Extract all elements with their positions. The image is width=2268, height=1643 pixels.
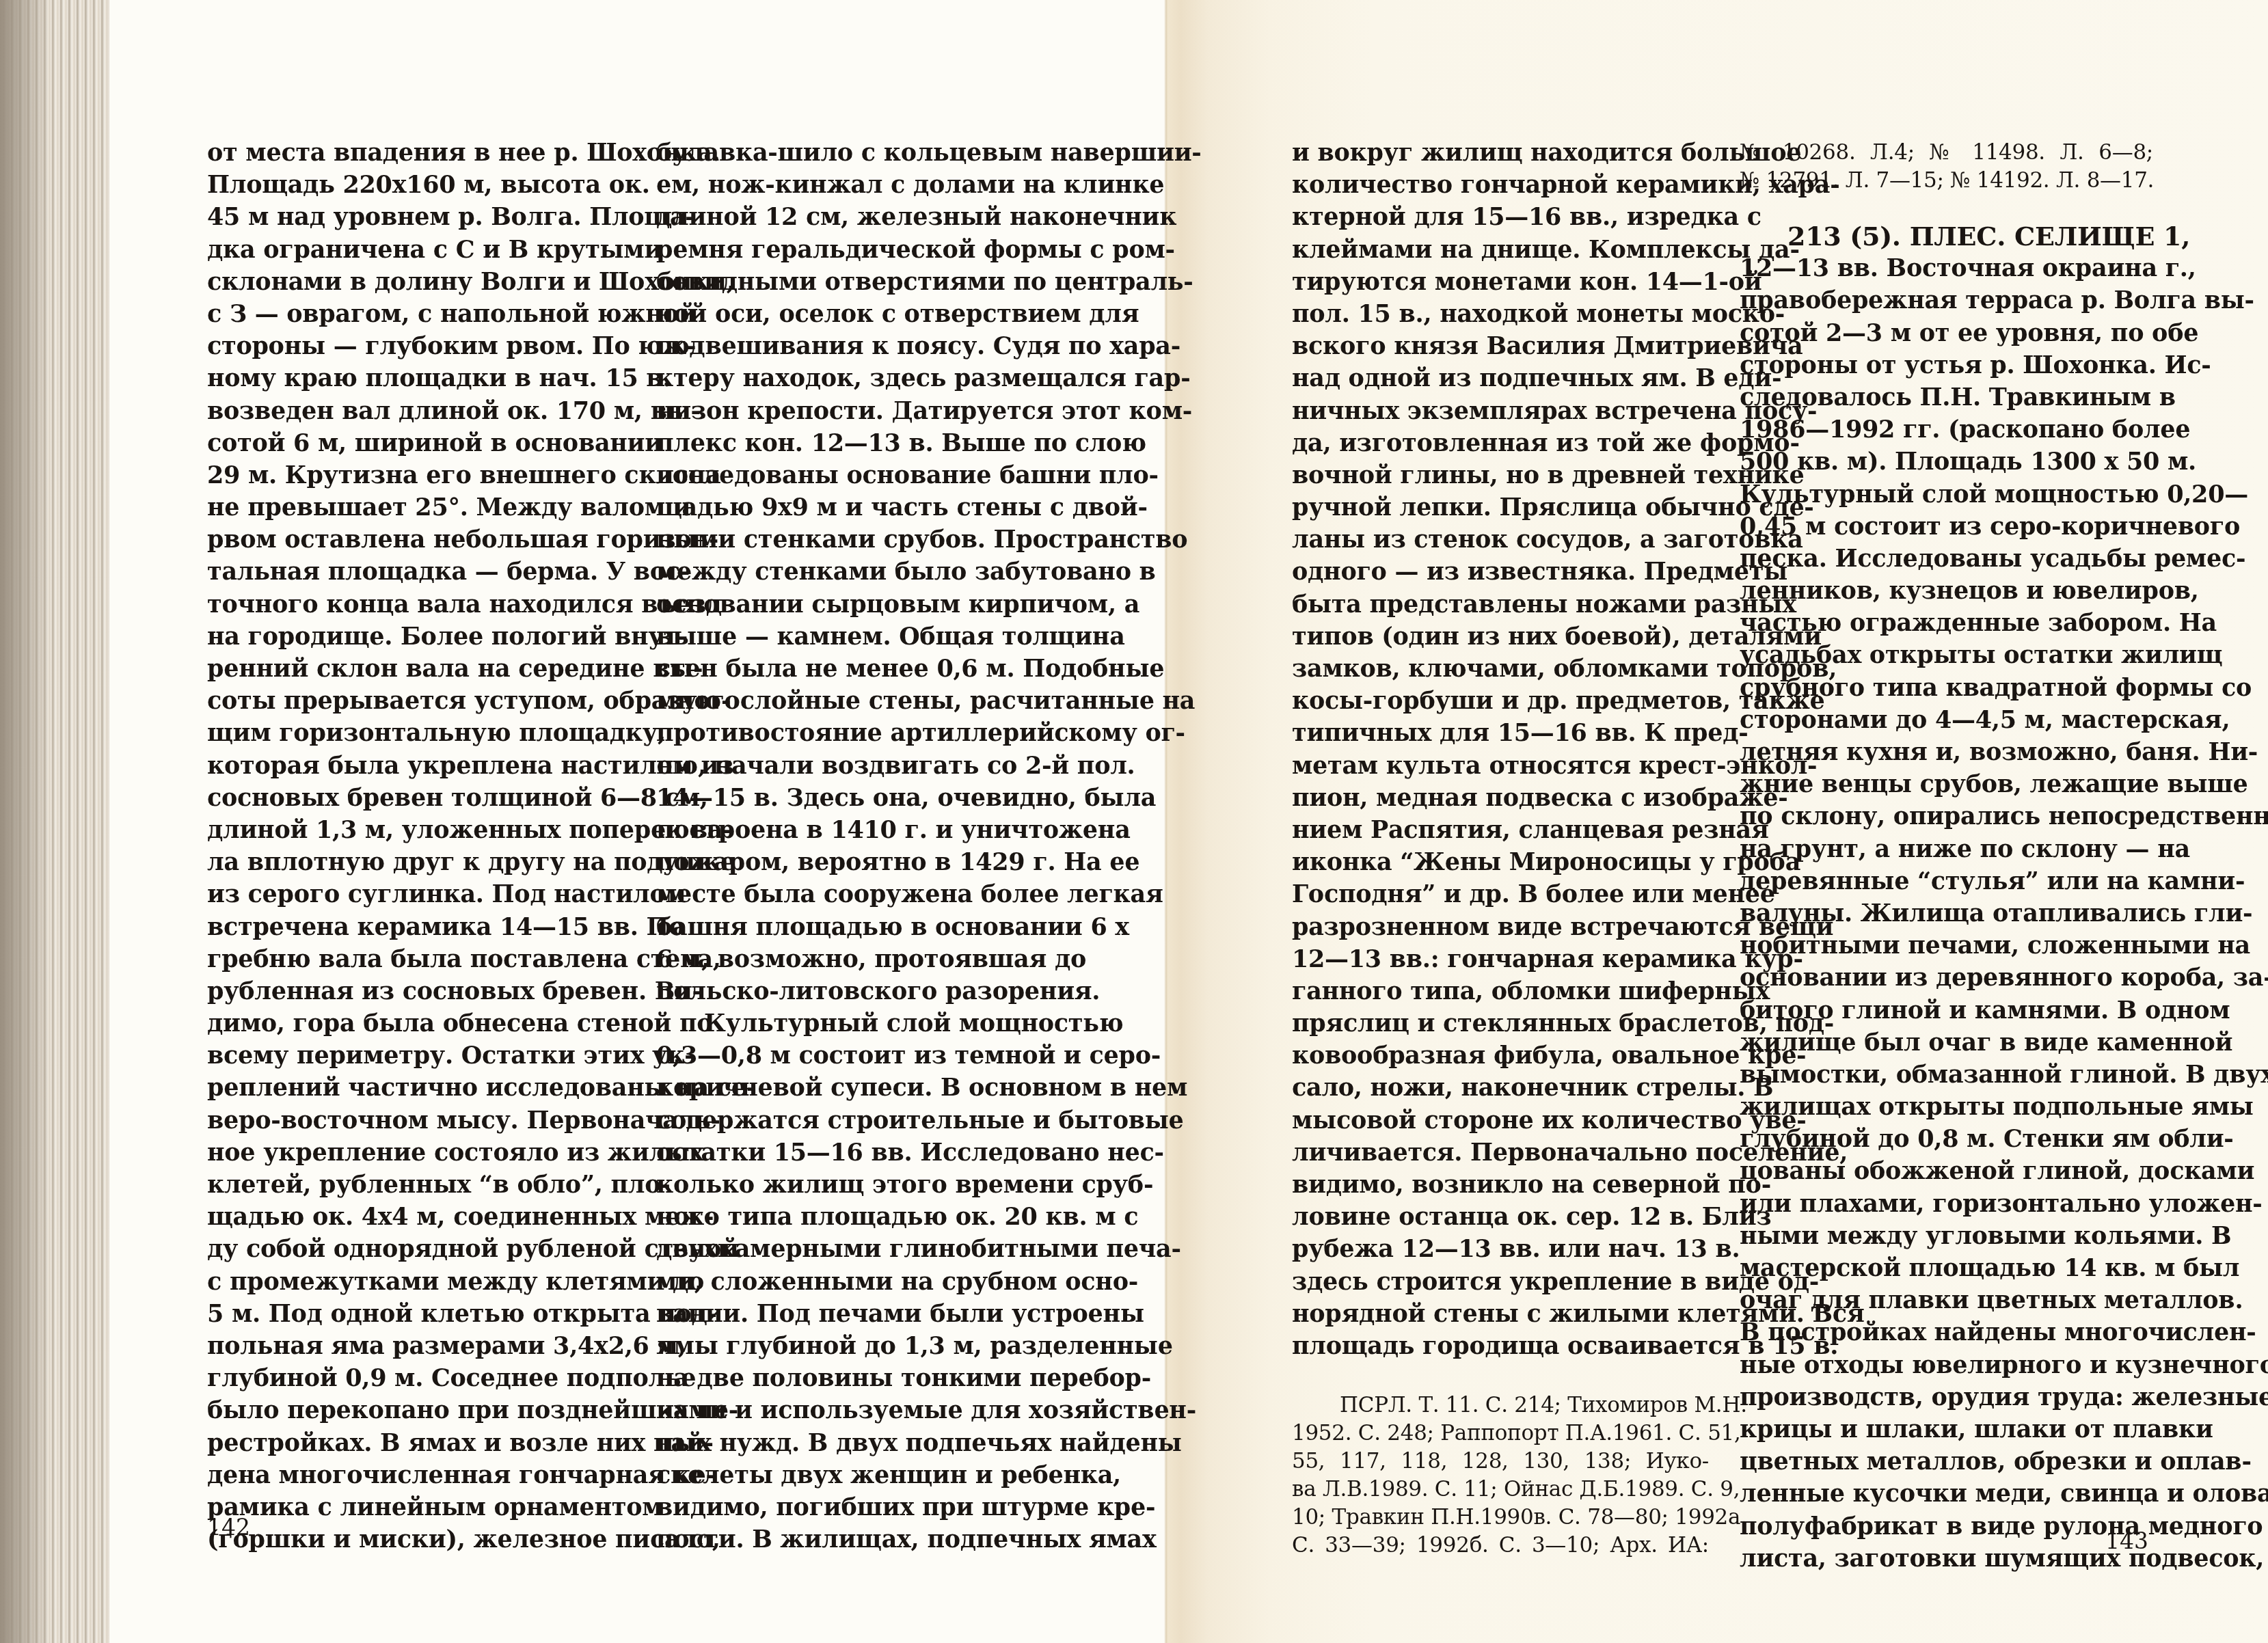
text-line: рестройках. В ямах и возле них най- xyxy=(207,1427,624,1459)
text-line: всему периметру. Остатки этих ук- xyxy=(207,1040,624,1072)
text-line: с промежутками между клетями до xyxy=(207,1266,624,1298)
text-line: щим горизонтальную площадку, xyxy=(207,717,624,749)
text-line: цованы обожженой глиной, досками xyxy=(1740,1155,2153,1187)
text-line: Господня” и др. В более или менее xyxy=(1292,878,1709,910)
text-line: колько жилищ этого времени сруб- xyxy=(656,1169,1073,1201)
text-line: ной оси, оселок с отверствием для xyxy=(656,298,1073,330)
text-line: Культурный слой мощностью xyxy=(656,1007,1073,1040)
spacer xyxy=(1292,1362,1709,1389)
text-line: жилищах открыты подпольные ямы xyxy=(1740,1091,2153,1123)
text-line: бовидными отверстиями по централь- xyxy=(656,266,1073,298)
text-line: ганного типа, обломки шиферных xyxy=(1292,975,1709,1007)
text-line: правобережная терраса р. Волга вы- xyxy=(1740,284,2153,316)
text-line: было перекопано при позднейших пе- xyxy=(207,1394,624,1426)
left-page-column-2: булавка-шило с кольцевым навершии-ем, но… xyxy=(656,137,1073,1556)
text-line: площадь городища осваивается в 15 в. xyxy=(1292,1330,1709,1362)
text-line: ничных экземплярах встречена посу- xyxy=(1292,395,1709,427)
text-line: иконка “Жены Мироносицы у гроба xyxy=(1292,846,1709,878)
text-line: ками и используемые для хозяйствен- xyxy=(656,1394,1073,1426)
text-line: соты прерывается уступом, образую- xyxy=(207,685,624,717)
text-line: с З — оврагом, с напольной южной xyxy=(207,298,624,330)
text-line: коричневой супеси. В основном в нем xyxy=(656,1072,1073,1104)
text-line: В постройках найдены многочислен- xyxy=(1740,1316,2153,1348)
text-line: ктерной для 15—16 вв., изредка с xyxy=(1292,201,1709,233)
text-line: разрозненном виде встречаются вещи xyxy=(1292,911,1709,943)
page-stack-edge xyxy=(0,0,109,1643)
text-line: клеймами на днище. Комплексы да- xyxy=(1292,234,1709,266)
text-line: исследованы основание башни пло- xyxy=(656,459,1073,491)
text-line: вочной глины, но в древней технике xyxy=(1292,459,1709,491)
text-line: ренний склон вала на середине вы- xyxy=(207,653,624,685)
text-line: (горшки и миски), железное писало, xyxy=(207,1523,624,1556)
text-line: одного — из известняка. Предметы xyxy=(1292,556,1709,588)
text-line: многослойные стены, расчитанные на xyxy=(656,685,1073,717)
text-line: по склону, опирались непосредственно xyxy=(1740,800,2153,832)
text-line: ми, сложенными на срубном осно- xyxy=(656,1266,1073,1298)
text-line: сотой 2—3 м от ее уровня, по обе xyxy=(1740,317,2153,349)
text-line: ными между угловыми кольями. В xyxy=(1740,1220,2153,1252)
right-page-column-1: и вокруг жилищ находится большоеколичест… xyxy=(1292,137,1709,1558)
text-line: следовалось П.Н. Травкиным в xyxy=(1740,381,2153,413)
text-line: косы-горбуши и др. предметов, также xyxy=(1292,685,1709,717)
text-line: количество гончарной керамики, хара- xyxy=(1292,169,1709,201)
text-line: длиной 12 см, железный наконечник xyxy=(656,201,1073,233)
left-page-column-1: от места впадения в нее р. Шохонка.Площа… xyxy=(207,137,624,1556)
text-line: да, изготовленная из той же формо- xyxy=(1292,427,1709,459)
text-line: 12—13 вв. Восточная окраина г., xyxy=(1740,252,2153,284)
text-line: ямы глубиной до 1,3 м, разделенные xyxy=(656,1330,1073,1362)
text-line: жилище был очаг в виде каменной xyxy=(1740,1027,2153,1059)
text-line: 45 м над уровнем р. Волга. Площа- xyxy=(207,201,624,233)
text-line: частью огражденные забором. На xyxy=(1740,607,2153,639)
reference-line: ва Л.В.1989. С. 11; Ойнас Д.Б.1989. С. 9… xyxy=(1292,1474,1709,1502)
text-line: рвом оставлена небольшая горизон- xyxy=(207,524,624,556)
text-line: стороны — глубоким рвом. По юж- xyxy=(207,330,624,362)
text-line: ные отходы ювелирного и кузнечного xyxy=(1740,1349,2153,1381)
text-line: 1986—1992 гг. (раскопано более xyxy=(1740,413,2153,446)
text-line: летняя кухня и, возможно, баня. Ни- xyxy=(1740,736,2153,768)
text-line: битого глиной и камнями. В одном xyxy=(1740,994,2153,1027)
text-line: валуны. Жилища отапливались гли- xyxy=(1740,897,2153,929)
reference-line: 55, 117, 118, 128, 130, 138; Иуко- xyxy=(1292,1445,1709,1474)
text-line: пол. 15 в., находкой монеты моско- xyxy=(1292,298,1709,330)
text-line: 6 м, возможно, протоявшая до xyxy=(656,943,1073,975)
text-line: ктеру находок, здесь размещался гар- xyxy=(656,362,1073,394)
text-line: быта представлены ножами разных xyxy=(1292,588,1709,621)
text-line: ленников, кузнецов и ювелиров, xyxy=(1740,575,2153,607)
text-line: ных нужд. В двух подпечьях найдены xyxy=(656,1427,1073,1459)
text-line: 0,3—0,8 м состоит из темной и серо- xyxy=(656,1040,1073,1072)
text-line: скелеты двух женщин и ребенка, xyxy=(656,1459,1073,1491)
reference-line: 10; Травкин П.Н.1990в. С. 78—80; 1992а. xyxy=(1292,1502,1709,1530)
text-line: стороны от устья р. Шохонка. Ис- xyxy=(1740,349,2153,381)
text-line: пости. В жилищах, подпечных ямах xyxy=(656,1523,1073,1556)
text-line: выше — камнем. Общая толщина xyxy=(656,621,1073,653)
text-line: гребню вала была поставлена стена, xyxy=(207,943,624,975)
text-line: и вокруг жилищ находится большое xyxy=(1292,137,1709,169)
text-line: плекс кон. 12—13 в. Выше по слою xyxy=(656,427,1073,459)
spacer xyxy=(1740,193,2153,220)
reference-line: С. 33—39; 1992б. С. 3—10; Арх. ИА: xyxy=(1292,1530,1709,1558)
bibliography-references-cont: № 10268. Л.4; № 11498. Л. 6—8;№ 12791. Л… xyxy=(1740,137,2153,193)
text-line: над одной из подпечных ям. В еди- xyxy=(1292,362,1709,394)
text-line: на грунт, а ниже по склону — на xyxy=(1740,833,2153,865)
text-line: сторонами до 4—4,5 м, мастерская, xyxy=(1740,704,2153,736)
text-line: встречена керамика 14—15 вв. По xyxy=(207,911,624,943)
text-line: содержатся строительные и бытовые xyxy=(656,1104,1073,1137)
text-line: пряслиц и стеклянных браслетов, под- xyxy=(1292,1007,1709,1040)
text-line: норядной стены с жилыми клетями. Вся xyxy=(1292,1298,1709,1330)
text-line: пион, медная подвеска с изображе- xyxy=(1292,782,1709,814)
text-line: типов (один из них боевой), деталями xyxy=(1292,621,1709,653)
text-line: ремня геральдической формы с ром- xyxy=(656,234,1073,266)
text-line: длиной 1,3 м, уложенных поперек ва- xyxy=(207,814,624,846)
text-line: тируются монетами кон. 14—1-ой xyxy=(1292,266,1709,298)
text-line: цветных металлов, обрезки и оплав- xyxy=(1740,1445,2153,1478)
text-line: 14—15 в. Здесь она, очевидно, была xyxy=(656,782,1073,814)
text-line: склонами в долину Волги и Шохонки, xyxy=(207,266,624,298)
text-line: ню, начали воздвигать со 2-й пол. xyxy=(656,750,1073,782)
text-line: ду собой однорядной рубленой стеной xyxy=(207,1233,624,1265)
text-line: вании. Под печами были устроены xyxy=(656,1298,1073,1330)
text-line: месте была сооружена более легкая xyxy=(656,878,1073,910)
text-line: не превышает 25°. Между валом и xyxy=(207,491,624,524)
text-line: метам культа относятся крест-энкол- xyxy=(1292,750,1709,782)
text-line: 500 кв. м). Площадь 1300 х 50 м. xyxy=(1740,446,2153,478)
text-line: низон крепости. Датируется этот ком- xyxy=(656,395,1073,427)
reference-line: ПСРЛ. Т. 11. С. 214; Тихомиров М.Н. xyxy=(1292,1389,1709,1417)
text-line: на две половины тонкими перебор- xyxy=(656,1362,1073,1394)
text-line: ного типа площадью ок. 20 кв. м с xyxy=(656,1201,1073,1233)
text-line: здесь строится укрепление в виде од- xyxy=(1292,1266,1709,1298)
text-line: Площадь 220х160 м, высота ок. xyxy=(207,169,624,201)
text-line: очаг для плавки цветных металлов. xyxy=(1740,1284,2153,1316)
text-line: дка ограничена с С и В крутыми xyxy=(207,234,624,266)
page-number-left: 142 xyxy=(207,1514,250,1540)
text-line: ленные кусочки меди, свинца и олова, xyxy=(1740,1478,2153,1510)
text-line: усадьбах открыты остатки жилищ xyxy=(1740,639,2153,671)
text-line: 29 м. Крутизна его внешнего склона xyxy=(207,459,624,491)
text-line: ем, нож-кинжал с долами на клинке xyxy=(656,169,1073,201)
text-line: точного конца вала находился въезд xyxy=(207,588,624,621)
text-line: песка. Исследованы усадьбы ремес- xyxy=(1740,543,2153,575)
text-line: основании сырцовым кирпичом, а xyxy=(656,588,1073,621)
reference-line: № 10268. Л.4; № 11498. Л. 6—8; xyxy=(1740,137,2153,165)
text-line: между стенками было забутовано в xyxy=(656,556,1073,588)
page-number-right: 143 xyxy=(2105,1527,2148,1554)
text-line: нобитными печами, сложенными на xyxy=(1740,929,2153,962)
bibliography-references: ПСРЛ. Т. 11. С. 214; Тихомиров М.Н.1952.… xyxy=(1292,1389,1709,1558)
text-line: щадью 9х9 м и часть стены с двой- xyxy=(656,491,1073,524)
text-line: стен была не менее 0,6 м. Подобные xyxy=(656,653,1073,685)
reference-line: № 12791. Л. 7—15; № 14192. Л. 8—17. xyxy=(1740,165,2153,193)
text-line: вского князя Василия Дмитриевича xyxy=(1292,330,1709,362)
text-line: ное укрепление состояло из жилых xyxy=(207,1137,624,1169)
text-line: личивается. Первоначально поселение, xyxy=(1292,1137,1709,1169)
text-line: 5 м. Под одной клетью открыта под- xyxy=(207,1298,624,1330)
text-line: основании из деревянного короба, за- xyxy=(1740,962,2153,994)
text-line: из серого суглинка. Под настилом xyxy=(207,878,624,910)
text-line: клетей, рубленных “в обло”, пло- xyxy=(207,1169,624,1201)
text-line: тальная площадка — берма. У вос- xyxy=(207,556,624,588)
text-line: ковообразная фибула, овальное кре- xyxy=(1292,1040,1709,1072)
text-line: сало, ножи, наконечник стрелы. В xyxy=(1292,1072,1709,1104)
text-line: польная яма размерами 3,4х2,6 м, xyxy=(207,1330,624,1362)
text-line: видимо, погибших при штурме кре- xyxy=(656,1491,1073,1523)
text-line: рамика с линейным орнаментом xyxy=(207,1491,624,1523)
text-line: мысовой стороне их количество уве- xyxy=(1292,1104,1709,1137)
text-line: видимо, возникло на северной по- xyxy=(1292,1169,1709,1201)
text-line: возведен вал длиной ок. 170 м, вы- xyxy=(207,395,624,427)
text-line: деревянные “стулья” или на камни- xyxy=(1740,865,2153,897)
text-line: 12—13 вв.: гончарная керамика кур- xyxy=(1292,943,1709,975)
text-line: глубиной 0,9 м. Соседнее подполье xyxy=(207,1362,624,1394)
text-line: мастерской площадью 14 кв. м был xyxy=(1740,1252,2153,1284)
text-line: ланы из стенок сосудов, а заготовка xyxy=(1292,524,1709,556)
text-line: на городище. Более пологий внут- xyxy=(207,621,624,653)
text-line: ловине останца ок. сер. 12 в. Близ xyxy=(1292,1201,1709,1233)
text-line: вымостки, обмазанной глиной. В двух xyxy=(1740,1059,2153,1091)
text-line: димо, гора была обнесена стеной по xyxy=(207,1007,624,1040)
text-line: булавка-шило с кольцевым навершии- xyxy=(656,137,1073,169)
text-line: Культурный слой мощностью 0,20— xyxy=(1740,478,2153,511)
text-line: веро-восточном мысу. Первоначаль- xyxy=(207,1104,624,1137)
text-line: сотой 6 м, шириной в основании xyxy=(207,427,624,459)
right-page-column-2: № 10268. Л.4; № 11498. Л. 6—8;№ 12791. Л… xyxy=(1740,137,2153,1575)
text-line: ручной лепки. Пряслица обычно сде- xyxy=(1292,491,1709,524)
text-line: рубленная из сосновых бревен. Ви- xyxy=(207,975,624,1007)
text-line: реплений частично исследованы на се- xyxy=(207,1072,624,1104)
text-line: сосновых бревен толщиной 6—8 см, xyxy=(207,782,624,814)
text-line: противостояние артиллерийскому ог- xyxy=(656,717,1073,749)
text-line: глубиной до 0,8 м. Стенки ям обли- xyxy=(1740,1123,2153,1155)
text-line: башня площадью в основании 6 х xyxy=(656,911,1073,943)
text-line: которая была укреплена настилом из xyxy=(207,750,624,782)
text-line: жние венцы срубов, лежащие выше xyxy=(1740,768,2153,800)
text-line: производств, орудия труда: железные xyxy=(1740,1381,2153,1413)
text-line: 0,45 м состоит из серо-коричневого xyxy=(1740,511,2153,543)
text-line: крицы и шлаки, шлаки от плавки xyxy=(1740,1413,2153,1445)
text-line: замков, ключами, обломками топоров, xyxy=(1292,653,1709,685)
text-line: ными стенками срубов. Пространство xyxy=(656,524,1073,556)
text-line: остатки 15—16 вв. Исследовано нес- xyxy=(656,1137,1073,1169)
text-line: щадью ок. 4х4 м, соединенных меж- xyxy=(207,1201,624,1233)
text-line: дена многочисленная гончарная ке- xyxy=(207,1459,624,1491)
text-line: ному краю площадки в нач. 15 в. xyxy=(207,362,624,394)
entry-heading: 213 (5). ПЛЕС. СЕЛИЩЕ 1, xyxy=(1740,220,2153,252)
text-line: ла вплотную друг к другу на подушке xyxy=(207,846,624,878)
text-line: пожаром, вероятно в 1429 г. На ее xyxy=(656,846,1073,878)
text-line: нием Распятия, сланцевая резная xyxy=(1292,814,1709,846)
text-line: построена в 1410 г. и уничтожена xyxy=(656,814,1073,846)
text-line: листа, заготовки шумящих подвесок, xyxy=(1740,1543,2153,1575)
text-line: польско-литовского разорения. xyxy=(656,975,1073,1007)
text-line: подвешивания к поясу. Судя по хара- xyxy=(656,330,1073,362)
text-line: типичных для 15—16 вв. К пред- xyxy=(1292,717,1709,749)
text-line: рубежа 12—13 вв. или нач. 13 в. xyxy=(1292,1233,1709,1265)
text-line: двухкамерными глинобитными печа- xyxy=(656,1233,1073,1265)
reference-line: 1952. С. 248; Раппопорт П.А.1961. С. 51, xyxy=(1292,1417,1709,1445)
text-line: срубного типа квадратной формы со xyxy=(1740,672,2153,704)
text-line: полуфабрикат в виде рулона медного xyxy=(1740,1510,2153,1543)
text-line: или плахами, горизонтально уложен- xyxy=(1740,1188,2153,1220)
text-line: от места впадения в нее р. Шохонка. xyxy=(207,137,624,169)
